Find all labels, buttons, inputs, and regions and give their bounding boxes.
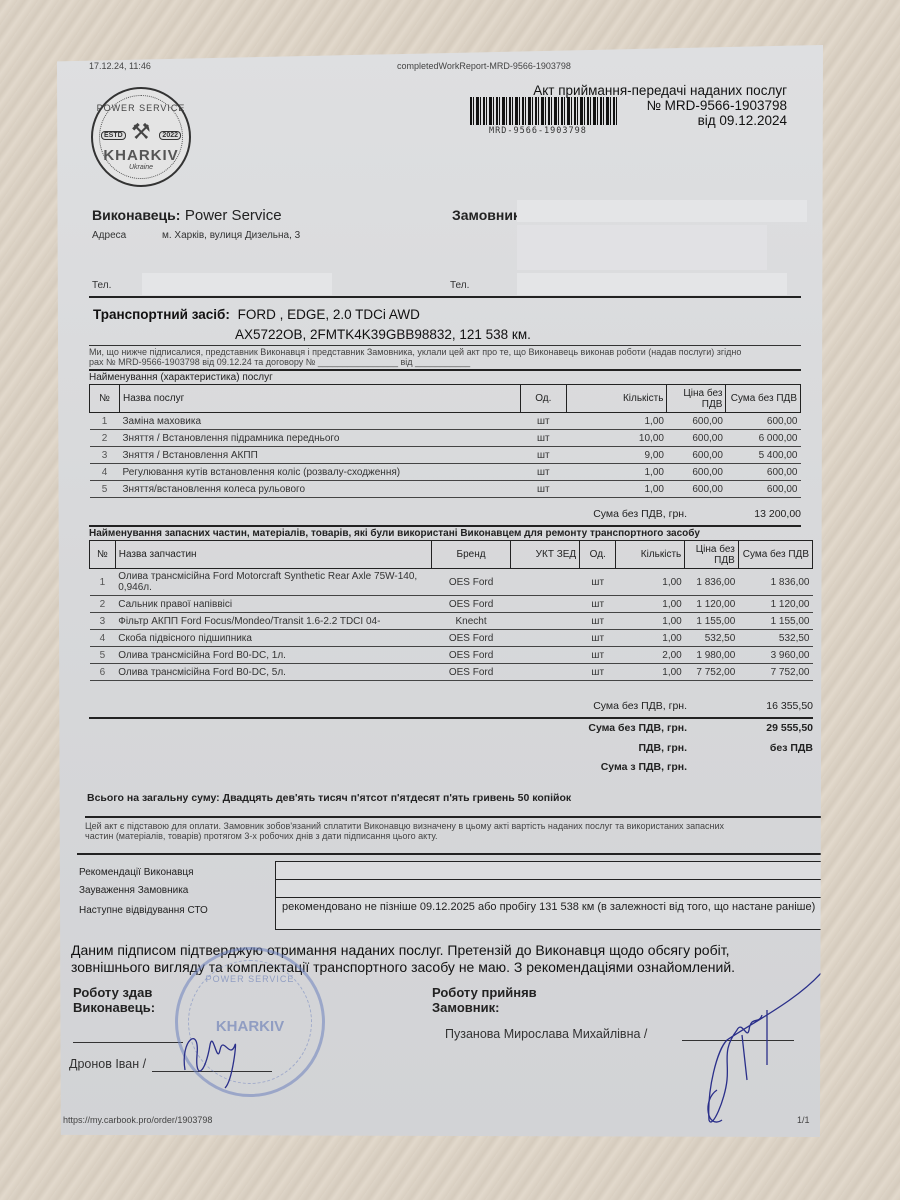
redacted-customer-name bbox=[517, 200, 807, 222]
cell-price: 600,00 bbox=[667, 413, 726, 430]
cell-unit: шт bbox=[580, 647, 616, 664]
document-title: Акт приймання-передачі наданих послуг bbox=[427, 83, 787, 98]
executor-label: Виконавець: bbox=[92, 207, 180, 223]
agreement-line-1: Ми, що нижче підписалися, представник Ви… bbox=[89, 347, 801, 357]
cell-code bbox=[511, 613, 580, 630]
services-section-title: Найменування (характеристика) послуг bbox=[89, 372, 273, 383]
total-net-label: Сума без ПДВ, грн. bbox=[487, 722, 687, 734]
cell-no: 4 bbox=[90, 630, 116, 647]
cell-name: Зняття / Встановлення підрамника переднь… bbox=[120, 430, 521, 447]
cell-no: 1 bbox=[90, 569, 116, 596]
redacted-customer-phone bbox=[517, 273, 787, 295]
col-price: Ціна без ПДВ bbox=[667, 385, 726, 413]
cell-sum: 600,00 bbox=[726, 481, 801, 498]
cell-unit: шт bbox=[520, 447, 567, 464]
payment-note: Цей акт є підставою для оплати. Замовник… bbox=[85, 821, 823, 841]
col-qty: Кількість bbox=[616, 541, 685, 569]
executor-address: м. Харків, вулиця Дизельна, 3 bbox=[162, 230, 300, 241]
customer-signature-label-2: Замовник: bbox=[432, 1000, 537, 1015]
cell-name: Скоба підвісного підшипника bbox=[115, 630, 431, 647]
cell-code bbox=[511, 664, 580, 681]
services-subtotal-label: Сума без ПДВ, грн. bbox=[487, 508, 687, 520]
table-row: 1Заміна маховикашт1,00600,00600,00 bbox=[90, 413, 801, 430]
cell-code bbox=[511, 647, 580, 664]
cell-qty: 1,00 bbox=[567, 464, 667, 481]
executor-signature bbox=[175, 1020, 265, 1090]
barcode-text: MRD-9566-1903798 bbox=[489, 126, 587, 136]
print-filename: completedWorkReport-MRD-9566-1903798 bbox=[397, 61, 571, 71]
cell-name: Олива трансмісійна Ford B0-DC, 1л. bbox=[115, 647, 431, 664]
cell-price: 1 980,00 bbox=[685, 647, 739, 664]
cell-sum: 1 120,00 bbox=[738, 596, 812, 613]
table-row: 1Олива трансмісійна Ford Motorcraft Synt… bbox=[90, 569, 813, 596]
cell-unit: шт bbox=[580, 664, 616, 681]
cell-name: Олива трансмісійна Ford Motorcraft Synth… bbox=[115, 569, 431, 596]
executor-recommendations-label: Рекомендації Виконавця bbox=[79, 867, 194, 878]
cell-unit: шт bbox=[520, 430, 567, 447]
cell-qty: 10,00 bbox=[567, 430, 667, 447]
executor-signature-line bbox=[73, 1042, 183, 1043]
col-no: № bbox=[90, 541, 116, 569]
cell-brand: Knecht bbox=[431, 613, 510, 630]
executor-phone-label: Тел. bbox=[92, 280, 111, 291]
next-visit-field: рекомендовано не пізніше 09.12.2025 або … bbox=[275, 897, 825, 930]
col-code: УКТ ЗЕД bbox=[511, 541, 580, 569]
customer-phone-label: Тел. bbox=[450, 280, 469, 291]
cell-brand: OES Ford bbox=[431, 630, 510, 647]
cell-no: 2 bbox=[90, 596, 116, 613]
divider bbox=[89, 369, 801, 371]
cell-no: 5 bbox=[90, 481, 120, 498]
table-row: 4Скоба підвісного підшипникаOES Fordшт1,… bbox=[90, 630, 813, 647]
executor-signature-label: Роботу здав Виконавець: bbox=[73, 985, 155, 1015]
col-sum: Сума без ПДВ bbox=[726, 385, 801, 413]
confirmation-line-1: Даним підписом підтверджую отримання над… bbox=[71, 942, 823, 959]
cell-qty: 1,00 bbox=[616, 569, 685, 596]
col-brand: Бренд bbox=[431, 541, 510, 569]
barcode bbox=[470, 97, 618, 125]
cell-qty: 1,00 bbox=[616, 664, 685, 681]
col-name: Назва запчастин bbox=[115, 541, 431, 569]
cell-name: Фільтр АКПП Ford Focus/Mondeo/Transit 1.… bbox=[115, 613, 431, 630]
logo-badge-estd: ESTD bbox=[101, 131, 126, 140]
table-row: 6Олива трансмісійна Ford B0-DC, 5л.OES F… bbox=[90, 664, 813, 681]
cell-unit: шт bbox=[520, 464, 567, 481]
cell-brand: OES Ford bbox=[431, 664, 510, 681]
cell-name: Олива трансмісійна Ford B0-DC, 5л. bbox=[115, 664, 431, 681]
cell-name: Зняття / Встановлення АКПП bbox=[120, 447, 521, 464]
cell-unit: шт bbox=[580, 596, 616, 613]
cell-qty: 1,00 bbox=[616, 630, 685, 647]
cell-unit: шт bbox=[520, 413, 567, 430]
parts-section-title: Найменування запасних частин, матеріалів… bbox=[89, 528, 700, 539]
cell-code bbox=[511, 596, 580, 613]
divider bbox=[89, 717, 813, 719]
total-gross-label: Сума з ПДВ, грн. bbox=[487, 761, 687, 773]
customer-signer-name: Пузанова Мирослава Михайлівна / bbox=[445, 1027, 647, 1041]
page-number: 1/1 bbox=[797, 1115, 810, 1125]
executor-recommendations-field bbox=[275, 861, 825, 880]
cell-price: 600,00 bbox=[667, 481, 726, 498]
cell-no: 4 bbox=[90, 464, 120, 481]
total-in-words: Всього на загальну суму: Двадцять дев'ят… bbox=[87, 792, 571, 804]
cell-qty: 1,00 bbox=[567, 413, 667, 430]
cell-qty: 2,00 bbox=[616, 647, 685, 664]
table-row: 5Олива трансмісійна Ford B0-DC, 1л.OES F… bbox=[90, 647, 813, 664]
cell-price: 7 752,00 bbox=[685, 664, 739, 681]
cell-qty: 9,00 bbox=[567, 447, 667, 464]
cell-sum: 6 000,00 bbox=[726, 430, 801, 447]
cell-brand: OES Ford bbox=[431, 569, 510, 596]
cell-code bbox=[511, 630, 580, 647]
vat-label: ПДВ, грн. bbox=[487, 742, 687, 754]
table-row: 3Зняття / Встановлення АКППшт9,00600,005… bbox=[90, 447, 801, 464]
cell-price: 1 120,00 bbox=[685, 596, 739, 613]
parts-table: № Назва запчастин Бренд УКТ ЗЕД Од. Кіль… bbox=[89, 540, 813, 681]
cell-sum: 532,50 bbox=[738, 630, 812, 647]
parts-subtotal-label: Сума без ПДВ, грн. bbox=[487, 700, 687, 712]
cell-unit: шт bbox=[580, 613, 616, 630]
logo-badge-year: 2022 bbox=[159, 131, 181, 140]
cell-sum: 1 155,00 bbox=[738, 613, 812, 630]
stamp-top-text: POWER SERVICE bbox=[178, 974, 322, 984]
company-logo: POWER SERVICE ⚒ ESTD 2022 KHARKIV Ukrain… bbox=[91, 87, 191, 187]
vat-value: без ПДВ bbox=[697, 742, 813, 754]
logo-city: KHARKIV bbox=[93, 147, 189, 164]
cell-unit: шт bbox=[580, 569, 616, 596]
executor-block: Виконавець: Power Service bbox=[92, 207, 282, 225]
divider bbox=[89, 345, 801, 346]
redacted-customer-address bbox=[517, 225, 767, 270]
document-page: 17.12.24, 11:46 completedWorkReport-MRD-… bbox=[57, 45, 823, 1137]
vehicle-details: AX5722OB, 2FMTK4K39GBB98832, 121 538 км. bbox=[235, 327, 531, 342]
cell-sum: 1 836,00 bbox=[738, 569, 812, 596]
cell-price: 600,00 bbox=[667, 447, 726, 464]
total-net: 29 555,50 bbox=[697, 722, 813, 734]
payment-note-line-2: частин (матеріалів, товарів) протягом 3-… bbox=[85, 831, 823, 841]
customer-remarks-field bbox=[275, 879, 825, 898]
col-price: Ціна без ПДВ bbox=[685, 541, 739, 569]
customer-label: Замовник: bbox=[452, 207, 525, 223]
vehicle-model: FORD , EDGE, 2.0 TDCi AWD bbox=[238, 307, 420, 322]
address-label: Адреса bbox=[92, 230, 126, 241]
vehicle-label: Транспортний засіб: bbox=[93, 307, 230, 322]
executor-name: Power Service bbox=[185, 207, 282, 224]
divider bbox=[77, 853, 825, 855]
payment-note-line-1: Цей акт є підставою для оплати. Замовник… bbox=[85, 821, 823, 831]
table-row: 4Регулювання кутів встановлення коліс (р… bbox=[90, 464, 801, 481]
logo-top-text: POWER SERVICE bbox=[93, 103, 189, 113]
customer-remarks-label: Зауваження Замовника bbox=[79, 885, 188, 896]
col-name: Назва послуг bbox=[120, 385, 521, 413]
col-qty: Кількість bbox=[567, 385, 667, 413]
divider bbox=[85, 816, 823, 818]
customer-signature-label-1: Роботу прийняв bbox=[432, 985, 537, 1000]
cell-brand: OES Ford bbox=[431, 647, 510, 664]
cell-price: 600,00 bbox=[667, 464, 726, 481]
col-unit: Од. bbox=[520, 385, 567, 413]
col-sum: Сума без ПДВ bbox=[738, 541, 812, 569]
cell-sum: 600,00 bbox=[726, 464, 801, 481]
logo-sub: Ukraine bbox=[93, 164, 189, 171]
col-unit: Од. bbox=[580, 541, 616, 569]
divider bbox=[89, 525, 801, 527]
cell-no: 1 bbox=[90, 413, 120, 430]
cell-price: 600,00 bbox=[667, 430, 726, 447]
services-table: № Назва послуг Од. Кількість Ціна без ПД… bbox=[89, 384, 801, 498]
services-subtotal: 13 200,00 bbox=[697, 508, 801, 520]
next-visit-value: рекомендовано не пізніше 09.12.2025 або … bbox=[276, 898, 824, 916]
table-row: 5Зняття/встановлення колеса рульовогошт1… bbox=[90, 481, 801, 498]
col-no: № bbox=[90, 385, 120, 413]
cell-price: 1 836,00 bbox=[685, 569, 739, 596]
cell-brand: OES Ford bbox=[431, 596, 510, 613]
table-row: 3Фільтр АКПП Ford Focus/Mondeo/Transit 1… bbox=[90, 613, 813, 630]
cell-sum: 3 960,00 bbox=[738, 647, 812, 664]
executor-recommendations-value bbox=[276, 862, 824, 866]
executor-signature-label-1: Роботу здав bbox=[73, 985, 155, 1000]
table-row: 2Зняття / Встановлення підрамника передн… bbox=[90, 430, 801, 447]
redacted-executor-phone bbox=[142, 273, 332, 295]
next-visit-label: Наступне відвідування СТО bbox=[79, 905, 208, 916]
cell-sum: 600,00 bbox=[726, 413, 801, 430]
vehicle-row: Транспортний засіб: FORD , EDGE, 2.0 TDC… bbox=[93, 307, 420, 322]
executor-signature-label-2: Виконавець: bbox=[73, 1000, 155, 1015]
cell-no: 6 bbox=[90, 664, 116, 681]
cell-name: Зняття/встановлення колеса рульового bbox=[120, 481, 521, 498]
customer-remarks-value bbox=[276, 880, 824, 884]
cell-no: 3 bbox=[90, 613, 116, 630]
agreement-line-2: рах № MRD-9566-1903798 від 09.12.24 та д… bbox=[89, 357, 801, 367]
pistons-icon: ⚒ bbox=[131, 119, 151, 145]
footer-url[interactable]: https://my.carbook.pro/order/1903798 bbox=[63, 1115, 212, 1125]
cell-no: 5 bbox=[90, 647, 116, 664]
cell-sum: 7 752,00 bbox=[738, 664, 812, 681]
cell-code bbox=[511, 569, 580, 596]
cell-qty: 1,00 bbox=[616, 596, 685, 613]
cell-name: Регулювання кутів встановлення коліс (ро… bbox=[120, 464, 521, 481]
agreement-text: Ми, що нижче підписалися, представник Ви… bbox=[89, 347, 801, 367]
parts-subtotal: 16 355,50 bbox=[697, 700, 813, 712]
divider bbox=[89, 296, 801, 298]
cell-qty: 1,00 bbox=[616, 613, 685, 630]
cell-name: Сальник правої напіввісі bbox=[115, 596, 431, 613]
cell-unit: шт bbox=[580, 630, 616, 647]
cell-unit: шт bbox=[520, 481, 567, 498]
cell-no: 3 bbox=[90, 447, 120, 464]
cell-name: Заміна маховика bbox=[120, 413, 521, 430]
customer-signature bbox=[687, 970, 827, 1130]
customer-signature-label: Роботу прийняв Замовник: bbox=[432, 985, 537, 1015]
cell-price: 532,50 bbox=[685, 630, 739, 647]
cell-qty: 1,00 bbox=[567, 481, 667, 498]
cell-sum: 5 400,00 bbox=[726, 447, 801, 464]
print-datetime: 17.12.24, 11:46 bbox=[89, 61, 151, 71]
table-row: 2Сальник правої напіввісіOES Fordшт1,001… bbox=[90, 596, 813, 613]
cell-price: 1 155,00 bbox=[685, 613, 739, 630]
cell-no: 2 bbox=[90, 430, 120, 447]
executor-signer-name: Дронов Іван / bbox=[69, 1057, 146, 1071]
